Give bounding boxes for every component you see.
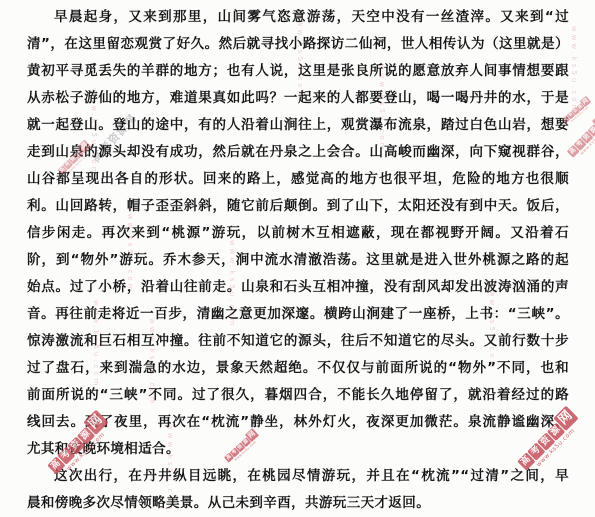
text-line: 利。山回路转，帽子歪歪斜斜，随它前后颠倒。到了山下，太阳还没有到中天。饭后， — [27, 193, 569, 220]
text-line: 信步闲走。再次来到“桃源”游玩，以前树木互相遮蔽，现在都视野开阔。又沿着石 — [27, 220, 569, 247]
text-line: 走到山泉的源头却没有成功，然后就在丹泉之上会合。山高峻而幽深，向下窥视群谷， — [27, 139, 569, 166]
text-line: 尤其和夜晚环境相适合。 — [27, 436, 569, 463]
text-line: 就一起登山。登山的途中，有的人沿着山涧往上，观赏瀑布流泉，踏过白色山岩，想要 — [27, 112, 569, 139]
paragraph: 这次出行，在丹井纵目远眺，在桃园尽情游玩，并且在“枕流”“过清”之间，早 晨和傍… — [27, 463, 569, 517]
text-line: 山谷都呈现出各自的形状。回来的路上，感觉高的地方也很平坦，危险的地方也很顺 — [27, 166, 569, 193]
text-line: 惊涛激流和巨石相互冲撞。往前不知道它的源头，往后不知道它的尽头。又前行数十步 — [27, 328, 569, 355]
text-line: 音。再往前走将近一百步，清幽之意更加深邃。横跨山涧建了一座桥，上书：“三峡”。 — [27, 301, 569, 328]
scanned-document-page: www.ks5u.com www.ks5u.com www.ks5u.com w… — [0, 0, 595, 517]
text-line: 始点。过了小桥，沿着山往前走。山泉和石头互相冲撞，没有刮风却发出波涛汹涌的声 — [27, 274, 569, 301]
text-line: 从赤松子游仙的地方，难道果真如此吗？一起来的人都要登山，喝一喝丹井的水，于是 — [27, 85, 569, 112]
text-line: 过了盘石，来到湍急的水边，景象天然超绝。不仅仅与前面所说的“物外”不同，也和 — [27, 355, 569, 382]
text-line: 黄初平寻觅丢失的羊群的地方；也有人说，这里是张良所说的愿意放弃人间事情想要跟 — [27, 58, 569, 85]
text-line: 早晨起身，又来到那里，山间雾气恣意游荡，天空中没有一丝渣滓。又来到“过 — [27, 4, 569, 31]
text-line: 阶，到“物外”游玩。乔木参天，涧中流水清澈浩荡。这里就是进入世外桃源之路的起 — [27, 247, 569, 274]
paragraph: 早晨起身，又来到那里，山间雾气恣意游荡，天空中没有一丝渣滓。又来到“过 清”，在… — [27, 4, 569, 463]
text-line: 线回去。到了夜里，再次在“枕流”静坐，林外灯火，夜深更加微茫。泉流静谧幽深， — [27, 409, 569, 436]
document-text: 早晨起身，又来到那里，山间雾气恣意游荡，天空中没有一丝渣滓。又来到“过 清”，在… — [0, 0, 595, 517]
text-line: 前面所说的“三峡”不同。过了很久，暮烟四合，不能长久地停留了，就沿着经过的路 — [27, 382, 569, 409]
text-line: 这次出行，在丹井纵目远眺，在桃园尽情游玩，并且在“枕流”“过清”之间，早 — [27, 463, 569, 490]
text-line: 清”，在这里留恋观赏了好久。然后就寻找小路探访二仙祠，世人相传认为（这里就是） — [27, 31, 569, 58]
text-line: 晨和傍晚多次尽情领略美景。从己未到辛酉，共游玩三天才返回。 — [27, 490, 569, 517]
